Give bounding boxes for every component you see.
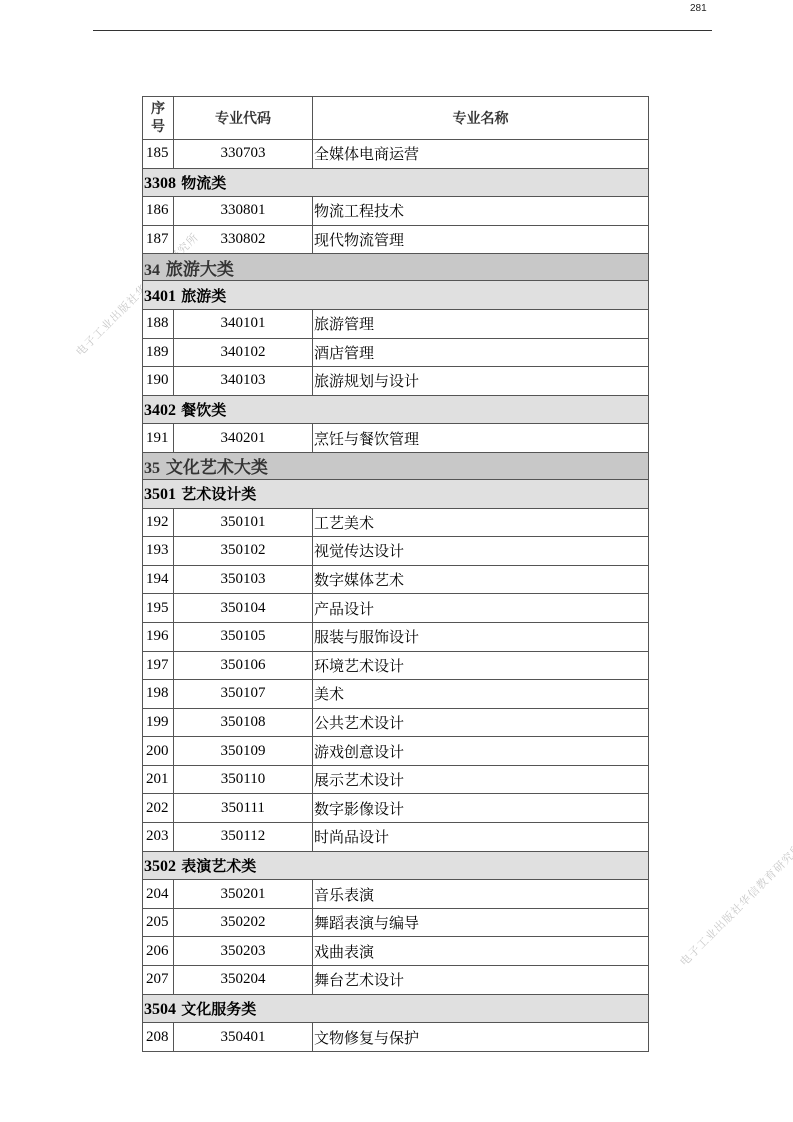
seq-cell: 207 <box>143 966 174 995</box>
seq-cell: 190 <box>143 367 174 396</box>
category-cell: 3308 物流类 <box>143 168 649 197</box>
category-code: 3501 <box>144 486 176 503</box>
name-cell: 物流工程技术 <box>313 197 649 226</box>
seq-cell: 186 <box>143 197 174 226</box>
category-cell: 3501 艺术设计类 <box>143 479 649 508</box>
code-cell: 340103 <box>174 367 313 396</box>
majors-table: 序 号 专业代码 专业名称 185330703全媒体电商运营3308 物流类18… <box>142 96 649 1052</box>
category-name: 文化服务类 <box>181 1000 256 1018</box>
code-cell: 350109 <box>174 737 313 766</box>
category-cell: 3401 旅游类 <box>143 281 649 310</box>
table-row: 191340201烹饪与餐饮管理 <box>143 424 649 453</box>
header-code: 专业代码 <box>174 97 313 140</box>
code-cell: 350401 <box>174 1023 313 1052</box>
category-code: 3401 <box>144 288 176 305</box>
header-seq-line2: 号 <box>143 118 173 136</box>
table-row: 197350106环境艺术设计 <box>143 651 649 680</box>
code-cell: 350101 <box>174 508 313 537</box>
table-row: 203350112时尚品设计 <box>143 823 649 852</box>
code-cell: 340101 <box>174 309 313 338</box>
category-row: 3308 物流类 <box>143 168 649 197</box>
category-code: 3504 <box>144 1001 176 1018</box>
table-row: 207350204舞台艺术设计 <box>143 966 649 995</box>
seq-cell: 187 <box>143 225 174 254</box>
code-cell: 350111 <box>174 794 313 823</box>
seq-cell: 200 <box>143 737 174 766</box>
name-cell: 展示艺术设计 <box>313 765 649 794</box>
watermark: 电子工业出版社华信教育研究所 <box>676 839 793 969</box>
name-cell: 文物修复与保护 <box>313 1023 649 1052</box>
code-cell: 350204 <box>174 966 313 995</box>
name-cell: 时尚品设计 <box>313 823 649 852</box>
seq-cell: 196 <box>143 622 174 651</box>
category-code: 34 <box>144 262 160 279</box>
name-cell: 数字媒体艺术 <box>313 565 649 594</box>
table-row: 187330802现代物流管理 <box>143 225 649 254</box>
name-cell: 现代物流管理 <box>313 225 649 254</box>
code-cell: 350107 <box>174 680 313 709</box>
table-row: 188340101旅游管理 <box>143 309 649 338</box>
table-row: 208350401文物修复与保护 <box>143 1023 649 1052</box>
name-cell: 公共艺术设计 <box>313 708 649 737</box>
table-row: 199350108公共艺术设计 <box>143 708 649 737</box>
category-cell: 3504 文化服务类 <box>143 994 649 1023</box>
table-row: 200350109游戏创意设计 <box>143 737 649 766</box>
category-code: 3502 <box>144 858 176 875</box>
name-cell: 产品设计 <box>313 594 649 623</box>
table-header-row: 序 号 专业代码 专业名称 <box>143 97 649 140</box>
category-code: 3308 <box>144 175 176 192</box>
name-cell: 美术 <box>313 680 649 709</box>
name-cell: 舞蹈表演与编导 <box>313 908 649 937</box>
category-cell: 35 文化艺术大类 <box>143 452 649 479</box>
name-cell: 数字影像设计 <box>313 794 649 823</box>
code-cell: 350110 <box>174 765 313 794</box>
table-row: 204350201音乐表演 <box>143 880 649 909</box>
seq-cell: 192 <box>143 508 174 537</box>
seq-cell: 197 <box>143 651 174 680</box>
table-row: 196350105服装与服饰设计 <box>143 622 649 651</box>
name-cell: 戏曲表演 <box>313 937 649 966</box>
category-row: 3502 表演艺术类 <box>143 851 649 880</box>
table-row: 190340103旅游规划与设计 <box>143 367 649 396</box>
table-body: 185330703全媒体电商运营3308 物流类186330801物流工程技术1… <box>143 140 649 1052</box>
table-row: 205350202舞蹈表演与编导 <box>143 908 649 937</box>
category-name: 旅游类 <box>181 287 226 305</box>
name-cell: 音乐表演 <box>313 880 649 909</box>
table-row: 202350111数字影像设计 <box>143 794 649 823</box>
code-cell: 350104 <box>174 594 313 623</box>
seq-cell: 199 <box>143 708 174 737</box>
category-row: 3501 艺术设计类 <box>143 479 649 508</box>
major-category-row: 35 文化艺术大类 <box>143 452 649 479</box>
code-cell: 350103 <box>174 565 313 594</box>
category-row: 3402 餐饮类 <box>143 395 649 424</box>
category-row: 3504 文化服务类 <box>143 994 649 1023</box>
table-row: 201350110展示艺术设计 <box>143 765 649 794</box>
seq-cell: 193 <box>143 537 174 566</box>
seq-cell: 203 <box>143 823 174 852</box>
table-row: 185330703全媒体电商运营 <box>143 140 649 169</box>
table-row: 198350107美术 <box>143 680 649 709</box>
seq-cell: 195 <box>143 594 174 623</box>
code-cell: 350112 <box>174 823 313 852</box>
seq-cell: 198 <box>143 680 174 709</box>
seq-cell: 185 <box>143 140 174 169</box>
table-row: 186330801物流工程技术 <box>143 197 649 226</box>
category-name: 表演艺术类 <box>181 857 256 875</box>
category-code: 3402 <box>144 402 176 419</box>
header-seq: 序 号 <box>143 97 174 140</box>
code-cell: 350106 <box>174 651 313 680</box>
category-name: 文化艺术大类 <box>166 458 268 478</box>
category-name: 物流类 <box>181 174 226 192</box>
seq-cell: 202 <box>143 794 174 823</box>
code-cell: 350203 <box>174 937 313 966</box>
code-cell: 350201 <box>174 880 313 909</box>
seq-cell: 208 <box>143 1023 174 1052</box>
category-name: 餐饮类 <box>181 401 226 419</box>
category-cell: 3502 表演艺术类 <box>143 851 649 880</box>
code-cell: 330802 <box>174 225 313 254</box>
seq-cell: 189 <box>143 338 174 367</box>
table-row: 206350203戏曲表演 <box>143 937 649 966</box>
name-cell: 烹饪与餐饮管理 <box>313 424 649 453</box>
page-number: 281 <box>690 3 707 14</box>
code-cell: 350105 <box>174 622 313 651</box>
seq-cell: 188 <box>143 309 174 338</box>
seq-cell: 204 <box>143 880 174 909</box>
name-cell: 旅游规划与设计 <box>313 367 649 396</box>
name-cell: 工艺美术 <box>313 508 649 537</box>
category-name: 艺术设计类 <box>181 485 256 503</box>
code-cell: 340102 <box>174 338 313 367</box>
table-row: 195350104产品设计 <box>143 594 649 623</box>
name-cell: 服装与服饰设计 <box>313 622 649 651</box>
name-cell: 环境艺术设计 <box>313 651 649 680</box>
code-cell: 330801 <box>174 197 313 226</box>
code-cell: 350108 <box>174 708 313 737</box>
seq-cell: 191 <box>143 424 174 453</box>
major-category-row: 34 旅游大类 <box>143 254 649 281</box>
name-cell: 视觉传达设计 <box>313 537 649 566</box>
table-row: 193350102视觉传达设计 <box>143 537 649 566</box>
category-cell: 3402 餐饮类 <box>143 395 649 424</box>
header-seq-line1: 序 <box>143 100 173 118</box>
table-row: 192350101工艺美术 <box>143 508 649 537</box>
code-cell: 340201 <box>174 424 313 453</box>
seq-cell: 206 <box>143 937 174 966</box>
code-cell: 350202 <box>174 908 313 937</box>
code-cell: 330703 <box>174 140 313 169</box>
seq-cell: 194 <box>143 565 174 594</box>
name-cell: 游戏创意设计 <box>313 737 649 766</box>
table-row: 189340102酒店管理 <box>143 338 649 367</box>
header-rule <box>93 30 712 31</box>
name-cell: 酒店管理 <box>313 338 649 367</box>
header-name: 专业名称 <box>313 97 649 140</box>
category-cell: 34 旅游大类 <box>143 254 649 281</box>
seq-cell: 205 <box>143 908 174 937</box>
name-cell: 旅游管理 <box>313 309 649 338</box>
seq-cell: 201 <box>143 765 174 794</box>
name-cell: 舞台艺术设计 <box>313 966 649 995</box>
category-code: 35 <box>144 460 160 477</box>
category-name: 旅游大类 <box>166 260 234 280</box>
code-cell: 350102 <box>174 537 313 566</box>
table-row: 194350103数字媒体艺术 <box>143 565 649 594</box>
name-cell: 全媒体电商运营 <box>313 140 649 169</box>
category-row: 3401 旅游类 <box>143 281 649 310</box>
